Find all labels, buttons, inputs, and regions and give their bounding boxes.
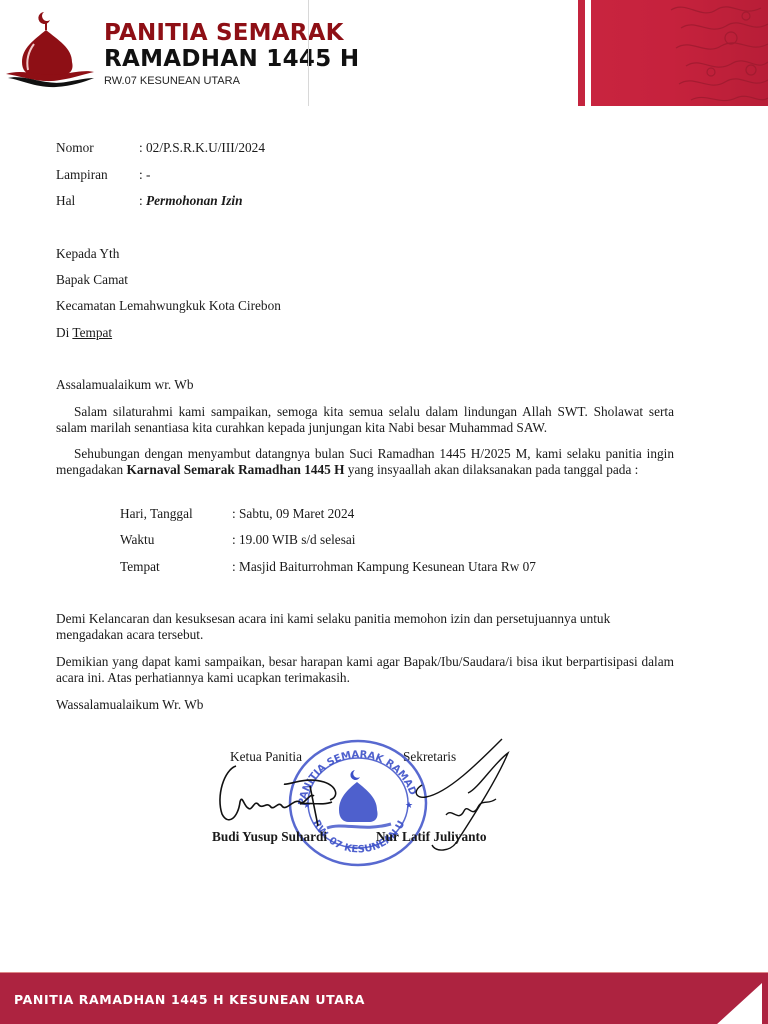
header-divider — [308, 0, 309, 106]
recipient-line1: Kepada Yth — [56, 246, 119, 262]
recipient-line4: Di Tempat — [56, 325, 112, 341]
nomor-label: Nomor — [56, 140, 94, 156]
recipient-di: Di — [56, 325, 72, 340]
letterhead: PANITIA SEMARAK RAMADHAN 1445 H RW.07 KE… — [0, 0, 768, 108]
paragraph-4: Demikian yang dapat kami sampaikan, besa… — [56, 654, 674, 686]
brand-subtitle: RW.07 KESUNEAN UTARA — [104, 74, 359, 88]
hal-value-wrap: : Permohonan Izin — [139, 193, 242, 209]
hal-value: Permohonan Izin — [146, 193, 242, 208]
footer-text: PANITIA RAMADHAN 1445 H KESUNEAN UTARA — [14, 992, 365, 1007]
hal-label: Hal — [56, 193, 75, 209]
right-signer-name: Nur Latif Juliyanto — [376, 829, 487, 845]
detail-label: Hari, Tanggal — [120, 506, 193, 522]
paragraph-2: Sehubungan dengan menyambut datangnya bu… — [56, 446, 674, 478]
closing: Wassalamualaikum Wr. Wb — [56, 697, 203, 713]
chairman-signature-icon — [214, 756, 344, 836]
detail-value: : 19.00 WIB s/d selesai — [232, 532, 355, 548]
detail-label: Waktu — [120, 532, 154, 548]
paragraph-1: Salam silaturahmi kami sampaikan, semoga… — [56, 404, 674, 436]
batik-pattern-icon — [591, 0, 768, 106]
lampiran-value: : - — [139, 167, 150, 183]
detail-value: : Masjid Baiturrohman Kampung Kesunean U… — [232, 559, 536, 575]
paragraph-2-end: yang insyaallah akan dilaksanakan pada t… — [344, 462, 638, 477]
left-signer-name: Budi Yusup Suhardi — [212, 829, 327, 845]
detail-label: Tempat — [120, 559, 160, 575]
footer-corner-triangle-icon — [716, 983, 762, 1024]
nomor-value: : 02/P.S.R.K.U/III/2024 — [139, 140, 265, 156]
lampiran-label: Lampiran — [56, 167, 108, 183]
detail-value: : Sabtu, 09 Maret 2024 — [232, 506, 354, 522]
footer-band: PANITIA RAMADHAN 1445 H KESUNEAN UTARA — [0, 972, 768, 1024]
recipient-place: Tempat — [72, 325, 112, 340]
recipient-line3: Kecamatan Lemahwungkuk Kota Cirebon — [56, 298, 281, 314]
header-batik-band — [591, 0, 768, 106]
mosque-dome-logo-icon — [4, 8, 96, 88]
greeting: Assalamualaikum wr. Wb — [56, 377, 194, 393]
header-accent-stripe — [578, 0, 585, 106]
brand-title-line1: PANITIA SEMARAK — [104, 20, 359, 46]
brand-title-line2: RAMADHAN 1445 H — [104, 46, 359, 72]
hal-prefix: : — [139, 193, 146, 208]
brand-block: PANITIA SEMARAK RAMADHAN 1445 H RW.07 KE… — [104, 20, 359, 88]
paragraph-3: Demi Kelancaran dan kesuksesan acara ini… — [56, 611, 674, 643]
event-name: Karnaval Semarak Ramadhan 1445 H — [127, 462, 345, 477]
recipient-line2: Bapak Camat — [56, 272, 128, 288]
